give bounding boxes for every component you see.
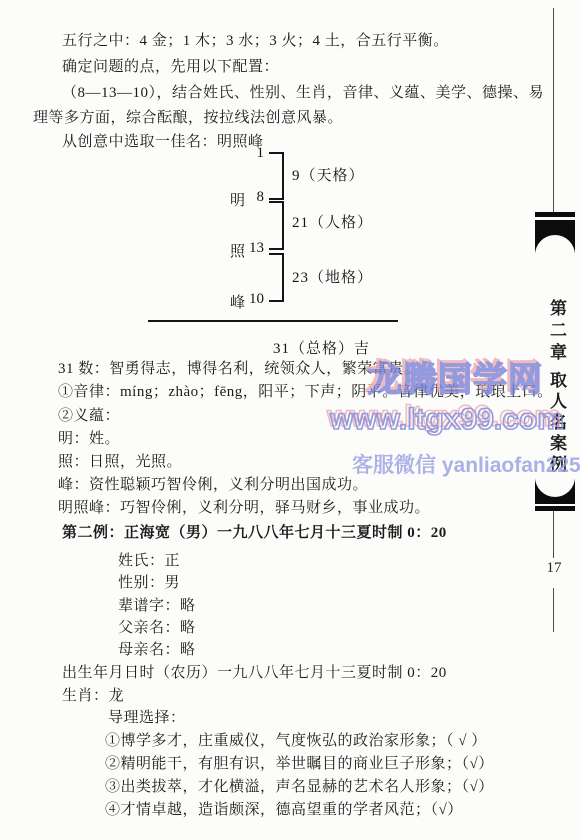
zodiac-line: 生肖：龙 xyxy=(62,688,124,705)
sidebar-rule-top xyxy=(553,8,554,212)
intro-line-2: 确定问题的点，先用以下配置： xyxy=(62,59,279,76)
page-number: 17 xyxy=(542,560,566,577)
renge-label: 21（人格） xyxy=(292,211,373,232)
intro-line-3: （8—13—10），结合姓氏、性别、生肖，音律、义蕴、美学、德操、易 xyxy=(62,85,544,102)
tab-ornament-bottom-bar xyxy=(535,506,575,511)
birth-date-line: 出生年月日时（农历）一九八八年七月十三夏时制 0：20 xyxy=(62,665,447,682)
diagram-num-zhao: 13 xyxy=(240,240,264,257)
guidance-option-4: ④才情卓越，造诣颇深，德高望重的学者风范；（√） xyxy=(105,802,463,819)
sidebar-rule-mid xyxy=(553,511,554,558)
watermark-url-blue-layer: www.ltgx99.com xyxy=(330,403,564,437)
analysis-line-7: 明照峰：巧智伶俐，义利分明，驿马财乡，事业成功。 xyxy=(58,500,430,517)
intro-line-4: 理等多方面，综合酝酿，按拉线法创意风暴。 xyxy=(33,110,343,127)
tiange-bracket xyxy=(269,152,284,200)
watermark-url-pink-layer: www.ltgx99.com xyxy=(327,400,561,434)
zongge-label: 31（总格）吉 xyxy=(273,337,370,358)
tab-arch-cutout xyxy=(535,479,575,497)
example2-heading: 第二例：正海宽（男）一九八八年七月十三夏时制 0：20 xyxy=(62,525,447,542)
field-father-name: 父亲名：略 xyxy=(118,620,196,637)
guidance-option-2: ②精明能干，有胆有识，举世瞩目的商业巨子形象；（√） xyxy=(105,756,494,773)
analysis-line-2: ①音律：míng；zhào；fēng，阳平；下声；阴平。音律优美，琅琅上口。 xyxy=(58,384,553,401)
section-title-vertical: 取人名案例 xyxy=(544,371,569,476)
guidance-option-3: ③出类拔萃，才化横溢，声名显赫的艺术名人形象；（√） xyxy=(105,779,494,796)
tab-arch-cutout xyxy=(535,235,575,253)
analysis-line-5: 照：日照，光照。 xyxy=(58,454,182,471)
chapter-number-vertical: 第二章 xyxy=(544,299,569,365)
dige-bracket xyxy=(269,253,284,302)
guidance-option-1: ①博学多才，庄重威仪，气度恢弘的政治家形象；（ √ ） xyxy=(105,733,487,750)
intro-line-1: 五行之中：4 金；1 木；3 水；3 火；4 土，合五行平衡。 xyxy=(62,33,449,50)
sidebar-rule-bottom xyxy=(553,588,554,632)
dige-label: 23（地格） xyxy=(292,266,373,287)
intro-line-5: 从创意中选取一佳名：明照峰 xyxy=(62,134,264,151)
diagram-sum-rule xyxy=(148,320,398,322)
tab-ornament-bottom xyxy=(535,479,575,504)
guidance-heading: 导理选择： xyxy=(108,710,186,727)
scanned-book-page: 五行之中：4 金；1 木；3 水；3 火；4 土，合五行平衡。 确定问题的点，先… xyxy=(0,0,580,840)
diagram-top-number: 1 xyxy=(240,145,264,162)
diagram-num-feng: 10 xyxy=(240,291,264,308)
analysis-line-6: 峰：资性聪颖巧智伶俐，义利分明出国成功。 xyxy=(58,477,368,494)
renge-bracket xyxy=(269,201,284,250)
tiange-label: 9（天格） xyxy=(292,164,365,185)
field-gender: 性别：男 xyxy=(118,575,180,592)
diagram-num-ming: 8 xyxy=(240,189,264,206)
tab-ornament-top xyxy=(535,220,575,253)
tab-ornament-top-bar xyxy=(535,212,575,217)
field-mother-name: 母亲名：略 xyxy=(118,642,196,659)
field-surname: 姓氏：正 xyxy=(118,553,180,570)
analysis-line-4: 明：姓。 xyxy=(58,431,120,448)
field-generation: 辈谱字：略 xyxy=(118,598,196,615)
analysis-line-1: 31 数：智勇得志，博得名利，统领众人，繁荣富贵。 xyxy=(58,361,419,378)
analysis-line-3: ②义蕴： xyxy=(58,408,120,425)
